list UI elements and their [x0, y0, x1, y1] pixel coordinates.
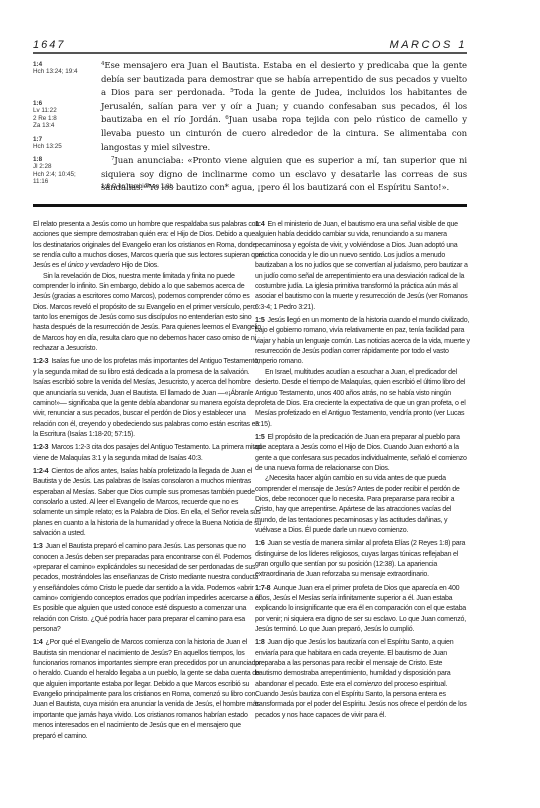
study-note: 1:2-4Cientos de años antes, Isaías había… [33, 467, 263, 539]
study-note: 1:7-8Aunque Juan era el primer profeta d… [255, 584, 470, 636]
commentary-intro: El relato presenta a Jesús como un hombr… [33, 220, 263, 272]
book-chapter-title: MARCOS 1 [390, 39, 467, 51]
study-note: 1:2-3Isaías fue uno de los profetas más … [33, 357, 263, 440]
study-note: 1:3Juan el Bautista preparó el camino pa… [33, 542, 263, 635]
footnote: 1:8 O en; también en 1:8b. [101, 183, 175, 190]
scripture-paragraph: 4Ese mensajero era Juan el Bautista. Est… [101, 60, 467, 155]
study-note: 1:8Juan dijo que Jesús los bautizaría co… [255, 638, 470, 721]
study-note: 1:4En el ministerio de Juan, el bautismo… [255, 220, 470, 313]
study-note: 1:6Juan se vestía de manera similar al p… [255, 539, 470, 580]
study-note: 1:4¿Por qué el Evangelio de Marcos comie… [33, 638, 263, 741]
study-note: 1:5Jesús llegó en un momento de la histo… [255, 316, 470, 368]
running-header: 1647 MARCOS 1 [33, 36, 467, 54]
cross-ref-1-7: 1:7 Hch 13:25 [33, 136, 62, 151]
cross-ref-1-8: 1:8 Jl 2:28 Hch 2:4; 10:45; 11:16 [33, 156, 76, 186]
page-number: 1647 [33, 39, 65, 51]
scripture-text: 4Ese mensajero era Juan el Bautista. Est… [101, 60, 467, 196]
study-note-continued: ¿Necesita hacer algún cambio en su vida … [255, 474, 470, 536]
study-note: 1:5El propósito de la predicación de Jua… [255, 433, 470, 474]
cross-ref-1-6: 1:6 Lv 11:22 2 Re 1:8 Za 13:4 [33, 100, 57, 130]
study-note-continued: En Israel, multitudes acudían a escuchar… [255, 368, 470, 430]
commentary-left-column: El relato presenta a Jesús como un hombr… [33, 220, 263, 745]
commentary-right-column: 1:4En el ministerio de Juan, el bautismo… [255, 220, 470, 724]
study-note: 1:2-3Marcos 1:2-3 cita dos pasajes del A… [33, 443, 263, 464]
commentary-intro-2: Sin la revelación de Dios, nuestra mente… [33, 272, 263, 355]
cross-ref-1-4: 1:4 Hch 13:24; 19:4 [33, 61, 77, 76]
section-divider [33, 204, 467, 207]
